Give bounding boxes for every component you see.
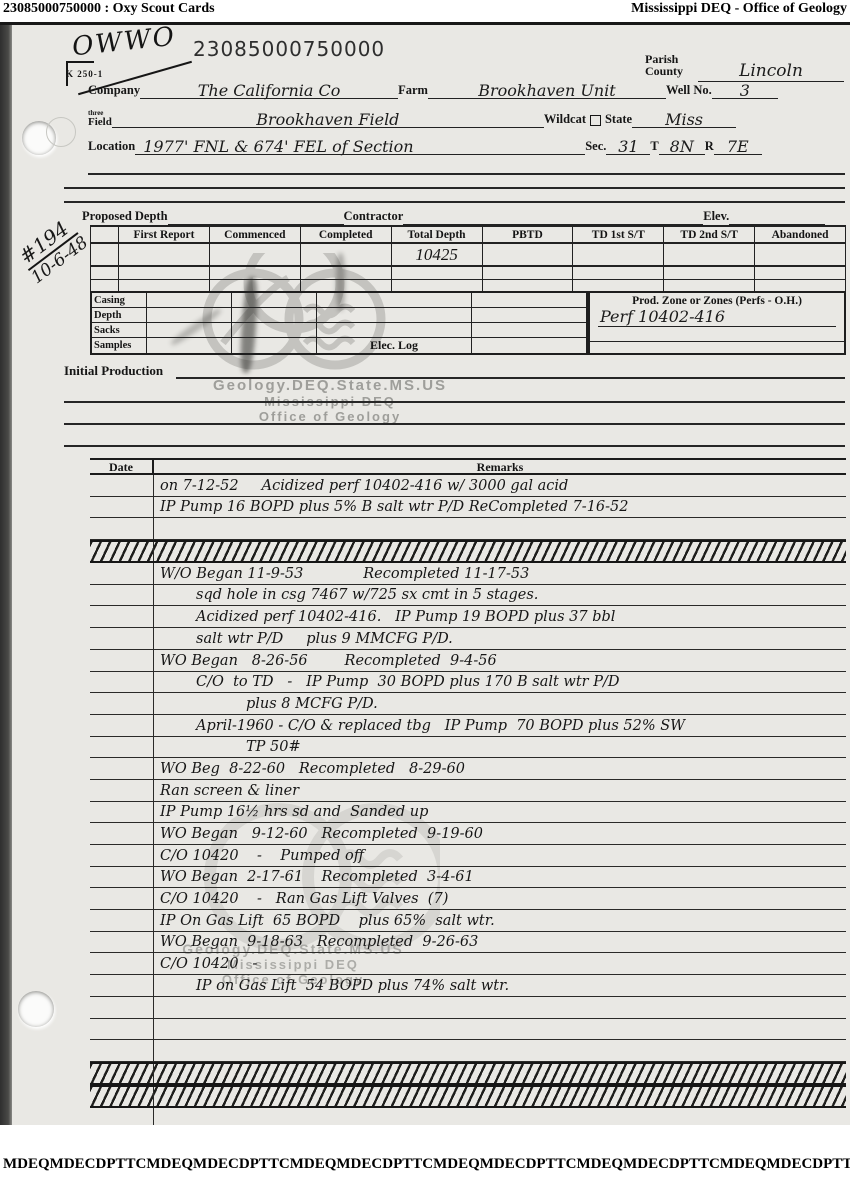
farm-label: Farm — [398, 83, 428, 99]
date-cell — [90, 518, 154, 539]
state-label: State — [605, 112, 632, 128]
date-cell — [90, 1019, 154, 1040]
owwo-bracket — [66, 61, 94, 63]
remark-text: W/O Began 11-9-53 Recompleted 11-17-53 — [154, 566, 846, 584]
depth-table-row: 10425 — [91, 243, 846, 266]
wildcat-checkbox — [590, 115, 601, 126]
date-cell — [90, 823, 154, 844]
remark-text: Ran screen & liner — [154, 783, 846, 801]
township-value: 8N — [659, 139, 705, 155]
footer-token: PTTC — [393, 1156, 433, 1173]
state-value: Miss — [632, 112, 736, 128]
remark-text — [154, 1060, 846, 1061]
county-value: Lincoln — [698, 61, 844, 82]
remark-text: IP On Gas Lift 65 BOPD plus 65% salt wtr… — [154, 913, 846, 931]
depth-table-header-row: First Report Commenced Completed Total D… — [91, 226, 846, 243]
col-completed: Completed — [300, 226, 391, 243]
col-total-depth: Total Depth — [391, 226, 482, 243]
date-cell — [90, 606, 154, 627]
ruled-line — [64, 187, 845, 189]
field-value: Brookhaven Field — [112, 112, 544, 128]
remarks-row: IP On Gas Lift 65 BOPD plus 65% salt wtr… — [90, 910, 846, 932]
col-first-report: First Report — [119, 226, 210, 243]
samples-label: Samples — [92, 338, 147, 353]
remarks-row: C/O to TD - IP Pump 30 BOPD plus 170 B s… — [90, 672, 846, 694]
remark-text: WO Began 9-12-60 Recompleted 9-19-60 — [154, 826, 846, 844]
date-cell — [90, 780, 154, 801]
date-cell — [90, 693, 154, 714]
date-cell — [90, 563, 154, 584]
date-cell — [90, 650, 154, 671]
footer-token: MDECD — [336, 1156, 393, 1173]
date-cell — [90, 475, 154, 496]
company-value: The California Co — [140, 83, 398, 99]
t-label: T — [650, 139, 658, 155]
r-label: R — [705, 139, 714, 155]
initial-production-label: Initial Production — [64, 363, 163, 379]
viewer-title-left: 23085000750000 : Oxy Scout Cards — [3, 1, 215, 17]
date-cell — [90, 585, 154, 606]
remarks-row: April-1960 - C/O & replaced tbg IP Pump … — [90, 715, 846, 737]
remark-text: C/O 10420 - Ran Gas Lift Valves (7) — [154, 891, 846, 909]
remarks-row: WO Began 9-12-60 Recompleted 9-19-60 — [90, 823, 846, 845]
sec-value: 31 — [606, 139, 650, 155]
date-cell — [90, 758, 154, 779]
date-cell — [90, 845, 154, 866]
remark-text: IP Pump 16 BOPD plus 5% B salt wtr P/D R… — [154, 499, 846, 517]
date-cell — [90, 888, 154, 909]
footer-token: PTTC — [823, 1156, 850, 1173]
footer-token: MDECD — [50, 1156, 107, 1173]
remark-text: C/O 10420 - Pumped off — [154, 848, 846, 866]
ruled-line — [590, 341, 844, 342]
ruled-line — [64, 401, 845, 403]
remarks-row: W/O Began 11-9-53 Recompleted 11-17-53 — [90, 563, 846, 585]
remarks-row: sqd hole in csg 7467 w/725 sx cmt in 5 s… — [90, 585, 846, 607]
remark-text: plus 8 MCFG P/D. — [154, 696, 846, 714]
remarks-row: IP Pump 16 BOPD plus 5% B salt wtr P/D R… — [90, 497, 846, 519]
date-cell — [90, 628, 154, 649]
remarks-row: WO Began 9-18-63 Recompleted 9-26-63 — [90, 932, 846, 954]
date-cell — [90, 542, 154, 561]
sec-label: Sec. — [585, 139, 606, 155]
col-td-2nd: TD 2nd S/T — [664, 226, 755, 243]
date-cell — [90, 997, 154, 1018]
date-cell — [90, 1064, 154, 1083]
remarks-header: Date Remarks — [90, 458, 846, 475]
remark-text: on 7-12-52 Acidized perf 10402-416 w/ 30… — [154, 478, 846, 496]
remark-text — [154, 560, 846, 561]
prod-zone-value: Perf 10402-416 — [598, 308, 836, 327]
remark-text: WO Beg 8-22-60 Recompleted 8-29-60 — [154, 761, 846, 779]
remarks-row: TP 50# — [90, 737, 846, 759]
remarks-row: Ran screen & liner — [90, 780, 846, 802]
footer-token: PTTC — [680, 1156, 720, 1173]
remark-text: April-1960 - C/O & replaced tbg IP Pump … — [154, 718, 846, 736]
total-depth-value: 10425 — [391, 243, 482, 266]
ruled-line — [176, 377, 845, 379]
footer-token: PTTC — [106, 1156, 146, 1173]
date-cell — [90, 953, 154, 974]
footer-text: MDEQMDECDPTTCMDEQMDECDPTTCMDEQMDECDPTTCM… — [0, 1156, 850, 1173]
remarks-row — [90, 518, 846, 540]
prod-zone-box: Prod. Zone or Zones (Perfs - O.H.) Perf … — [588, 291, 846, 355]
proposed-depth-line: Proposed Depth Contractor Elev. — [82, 209, 846, 225]
footer-token: MDEQ — [576, 1156, 623, 1173]
remarks-row — [90, 1040, 846, 1062]
remarks-row: C/O 10420 - Pumped off — [90, 845, 846, 867]
date-cell — [90, 910, 154, 931]
well-no-label: Well No. — [666, 83, 712, 99]
remarks-column-header: Remarks — [154, 460, 846, 473]
date-column-header: Date — [90, 460, 154, 473]
date-cell — [90, 497, 154, 518]
viewer-title-right: Mississippi DEQ - Office of Geology — [631, 1, 847, 17]
remarks-row: salt wtr P/D plus 9 MMCFG P/D. — [90, 628, 846, 650]
remark-text: TP 50# — [154, 739, 846, 757]
remarks-row: WO Began 2-17-61 Recompleted 3-4-61 — [90, 867, 846, 889]
location-value: 1977' FNL & 674' FEL of Section — [135, 139, 585, 155]
owwo-handwriting: OWWO — [71, 22, 178, 63]
col-commenced: Commenced — [209, 226, 300, 243]
footer-token: PTTC — [536, 1156, 576, 1173]
footer-token: MDEQ — [720, 1156, 767, 1173]
hole-punch-bottom — [18, 991, 54, 1027]
date-cell — [90, 737, 154, 758]
wildcat-label: Wildcat — [544, 112, 586, 128]
remark-text — [154, 1105, 846, 1106]
remark-text: Acidized perf 10402-416. IP Pump 19 BOPD… — [154, 609, 846, 627]
remark-text — [154, 1017, 846, 1018]
depth-table-row — [91, 266, 846, 279]
form-number: K 250-1 — [66, 69, 103, 79]
viewer-header: 23085000750000 : Oxy Scout Cards Mississ… — [0, 0, 850, 22]
date-cell — [90, 1040, 154, 1061]
contractor-label: Contractor — [344, 209, 404, 225]
hatch-band — [90, 540, 846, 563]
remark-text — [154, 1082, 846, 1083]
remarks-row: C/O 10420 - Ran Gas Lift Valves (7) — [90, 888, 846, 910]
remark-text: WO Began 8-26-56 Recompleted 9-4-56 — [154, 653, 846, 671]
location-label: Location — [88, 139, 135, 155]
remark-text: WO Began 2-17-61 Recompleted 3-4-61 — [154, 869, 846, 887]
date-cell — [90, 715, 154, 736]
remarks-row: Acidized perf 10402-416. IP Pump 19 BOPD… — [90, 606, 846, 628]
scan-edge — [0, 25, 12, 1128]
casing-table: Casing Depth Sacks Samples Elec. Log — [90, 291, 588, 355]
remark-text: sqd hole in csg 7467 w/725 sx cmt in 5 s… — [154, 587, 846, 605]
depth-table: First Report Commenced Completed Total D… — [90, 225, 846, 293]
remark-text: C/O to TD - IP Pump 30 BOPD plus 170 B s… — [154, 674, 846, 692]
remark-text: IP Pump 16½ hrs sd and Sanded up — [154, 804, 846, 822]
date-cell — [90, 975, 154, 996]
scout-card-page: 23085000750000 : Oxy Scout Cards Mississ… — [0, 0, 850, 1177]
location-line: Location 1977' FNL & 674' FEL of Section… — [88, 139, 846, 155]
footer-token: MDECD — [480, 1156, 537, 1173]
watermark-line3: Office of Geology — [190, 409, 470, 424]
county-label: County — [645, 65, 683, 77]
remark-text — [154, 1038, 846, 1039]
scanned-document: Geology.DEQ.State.MS.US Mississippi DEQ … — [0, 22, 850, 1125]
company-line: Company The California Co Farm Brookhave… — [88, 83, 846, 99]
elev-label: Elev. — [703, 209, 729, 225]
col-pbtd: PBTD — [482, 226, 573, 243]
farm-value: Brookhaven Unit — [428, 83, 666, 99]
remarks-row: plus 8 MCFG P/D. — [90, 693, 846, 715]
field-line: three Field Brookhaven Field Wildcat Sta… — [88, 109, 846, 128]
well-no-value: 3 — [712, 83, 778, 99]
footer-token: MDECD — [193, 1156, 250, 1173]
prod-zone-label: Prod. Zone or Zones (Perfs - O.H.) — [590, 293, 844, 307]
range-value: 7E — [714, 139, 762, 155]
date-cell — [90, 867, 154, 888]
remarks-row: on 7-12-52 Acidized perf 10402-416 w/ 30… — [90, 475, 846, 497]
remark-text — [154, 538, 846, 539]
remark-text: C/O 10420 - — [154, 956, 846, 974]
sacks-label: Sacks — [92, 323, 147, 338]
remarks-row — [90, 1019, 846, 1041]
field-label: three Field — [88, 109, 112, 128]
hatch-band — [90, 1085, 846, 1108]
ruled-line — [64, 445, 845, 447]
date-cell — [90, 802, 154, 823]
footer-token: MDEQ — [433, 1156, 480, 1173]
viewer-footer: MDEQMDECDPTTCMDEQMDECDPTTCMDEQMDECDPTTCM… — [0, 1125, 850, 1177]
remark-text: salt wtr P/D plus 9 MMCFG P/D. — [154, 631, 846, 649]
footer-token: MDEQ — [146, 1156, 193, 1173]
remarks-row: IP on Gas Lift 54 BOPD plus 74% salt wtr… — [90, 975, 846, 997]
remarks-row: C/O 10420 - — [90, 953, 846, 975]
remarks-row: IP Pump 16½ hrs sd and Sanded up — [90, 802, 846, 824]
ruled-line — [64, 423, 845, 425]
remarks-row: WO Began 8-26-56 Recompleted 9-4-56 — [90, 650, 846, 672]
watermark-line1: Geology.DEQ.State.MS.US — [190, 377, 470, 394]
remark-text: IP on Gas Lift 54 BOPD plus 74% salt wtr… — [154, 978, 846, 996]
company-label: Company — [88, 83, 140, 99]
hatch-band — [90, 1062, 846, 1085]
footer-token: MDEQ — [3, 1156, 50, 1173]
ruled-line — [88, 173, 845, 175]
remarks-rows: on 7-12-52 Acidized perf 10402-416 w/ 30… — [90, 475, 846, 1130]
remark-text: WO Began 9-18-63 Recompleted 9-26-63 — [154, 934, 846, 952]
date-cell — [90, 1087, 154, 1106]
depth-label: Depth — [92, 308, 147, 323]
elec-log-label: Elec. Log — [317, 338, 472, 353]
date-cell — [90, 932, 154, 953]
casing-label: Casing — [92, 293, 147, 308]
hole-punch-ring — [46, 117, 76, 147]
col-abandoned: Abandoned — [755, 226, 846, 243]
corner-cell — [91, 226, 119, 243]
parish-county-label: Parish County — [645, 53, 683, 77]
col-td-1st: TD 1st S/T — [573, 226, 664, 243]
date-cell — [90, 672, 154, 693]
remarks-row — [90, 997, 846, 1019]
api-number: 23085000750000 — [193, 37, 385, 61]
footer-token: MDECD — [623, 1156, 680, 1173]
footer-token: MDEQ — [290, 1156, 337, 1173]
footer-token: MDECD — [766, 1156, 823, 1173]
remarks-row: WO Beg 8-22-60 Recompleted 8-29-60 — [90, 758, 846, 780]
footer-token: PTTC — [250, 1156, 290, 1173]
remarks-table: Date Remarks on 7-12-52 Acidized perf 10… — [90, 458, 846, 1130]
proposed-depth-label: Proposed Depth — [82, 209, 168, 225]
ruled-line — [64, 201, 845, 203]
